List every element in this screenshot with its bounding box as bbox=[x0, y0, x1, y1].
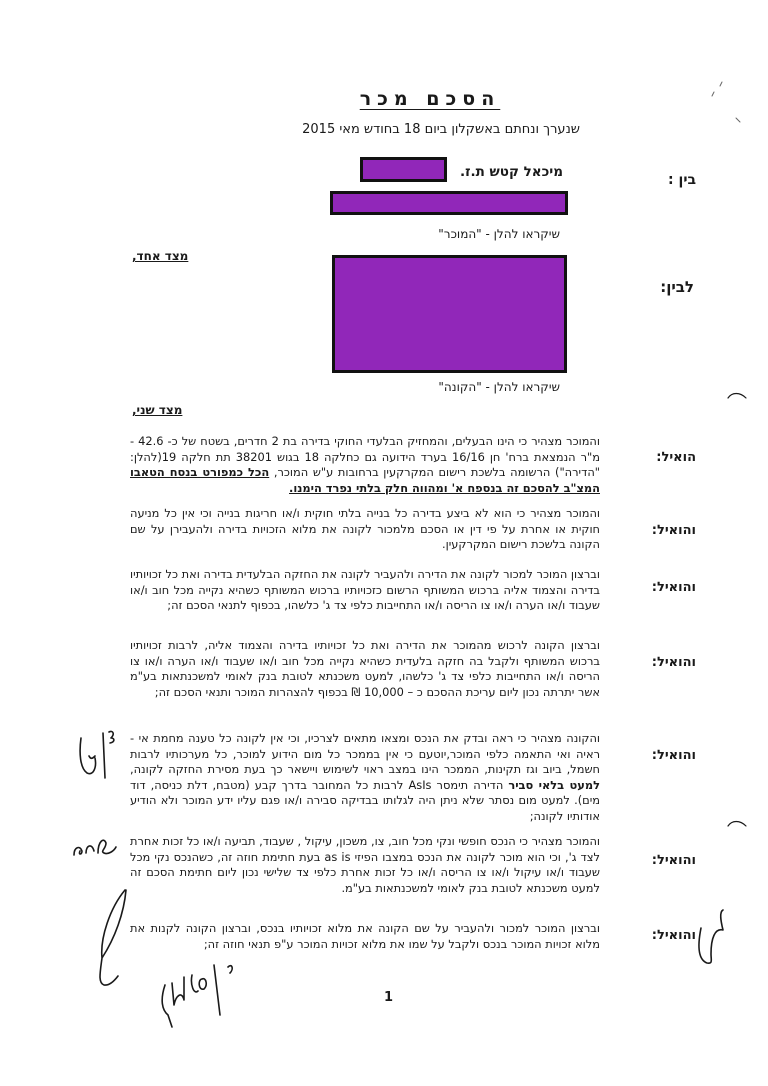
buyer-alias: שיקראו להלן - "הקונה" bbox=[320, 380, 560, 394]
scan-speck-icon bbox=[700, 78, 750, 128]
signature-mark-icon bbox=[695, 908, 735, 968]
side-two-label: מצד שני, bbox=[132, 403, 182, 417]
clause-7-text: וברצון המוכר למכור ולהעביר על שם הקונה א… bbox=[130, 921, 600, 952]
clause-4-text: וברצון הקונה לרכוש מהמוכר את הדירה ואת כ… bbox=[130, 638, 600, 700]
handwritten-initials-icon bbox=[70, 833, 120, 863]
between-label: בין : bbox=[668, 172, 696, 188]
document-title: הסכם מכר bbox=[355, 88, 505, 110]
clause-5-body-start: והקונה מצהיר כי ראה ובדק את הנכס ומצאו מ… bbox=[130, 731, 600, 776]
clause-5-label: והואיל: bbox=[626, 748, 696, 763]
seller-alias: שיקראו להלן - "המוכר" bbox=[320, 227, 560, 241]
clause-3-text: וברצון המוכר למכור לקונה את הדירה ולהעבי… bbox=[130, 567, 600, 614]
redacted-seller-address bbox=[330, 191, 568, 215]
clause-5-bold: למעט בלאי סביר bbox=[508, 778, 600, 792]
redacted-buyer-details bbox=[332, 255, 567, 373]
clause-4-label: והואיל: bbox=[626, 655, 696, 670]
clause-7-label: והואיל: bbox=[626, 928, 696, 943]
handwritten-initials-icon bbox=[75, 728, 125, 788]
clause-2-label: והואיל: bbox=[626, 523, 696, 538]
binding-hole-mark-icon bbox=[726, 390, 748, 400]
clause-5-text: והקונה מצהיר כי ראה ובדק את הנכס ומצאו מ… bbox=[130, 731, 600, 825]
clause-6-text: והמוכר מצהיר כי הנכס חופשי ונקי מכל חוב,… bbox=[130, 834, 600, 896]
scanned-document-page: הסכם מכר שנערך ונחתם באשקלון ביום 18 בחו… bbox=[0, 0, 768, 1086]
handwritten-date-icon bbox=[150, 955, 245, 1045]
clause-6-label: והואיל: bbox=[626, 853, 696, 868]
document-subtitle: שנערך ונחתם באשקלון ביום 18 בחודש מאי 20… bbox=[270, 122, 580, 137]
clause-3-label: והואיל: bbox=[626, 580, 696, 595]
clause-1-label: הואיל: bbox=[626, 450, 696, 465]
signature-icon bbox=[90, 888, 150, 998]
and-between-label: לבין: bbox=[660, 278, 694, 296]
page-number: 1 bbox=[384, 990, 393, 1005]
clause-2-text: והמוכר מצהיר כי הוא לא ביצע בדירה כל בני… bbox=[130, 506, 600, 553]
seller-name: מיכאל קטש ת.ז. bbox=[450, 164, 563, 180]
redacted-seller-id bbox=[360, 157, 447, 182]
side-one-label: מצד אחד, bbox=[132, 249, 188, 263]
clause-1-text: והמוכר מצהיר כי הינו הבעלים, והמחזיק הבל… bbox=[130, 434, 600, 496]
binding-hole-mark-icon bbox=[726, 818, 748, 828]
